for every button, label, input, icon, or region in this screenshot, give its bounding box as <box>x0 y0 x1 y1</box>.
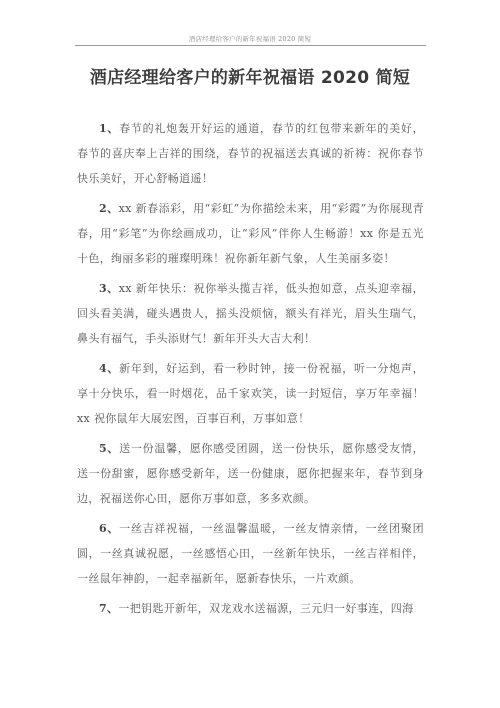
paragraph-3: 3、xx 新年快乐：祝你举头揽吉祥，低头抱如意，点头迎幸福，回头看美满，碰头遇贵… <box>77 276 424 351</box>
paragraph-number: 1、 <box>99 122 119 135</box>
paragraph-number: 7、 <box>99 602 118 615</box>
paragraph-4: 4、新年到，好运到，看一秒时钟，接一份祝福，听一分炮声，享十分快乐，看一时烟花，… <box>77 356 424 431</box>
paragraph-text: 春节的礼炮轰开好运的通道，春节的红包带来新年的美好，春节的喜庆奉上吉祥的围绕，春… <box>77 122 424 185</box>
paragraph-1: 1、春节的礼炮轰开好运的通道，春节的红包带来新年的美好，春节的喜庆奉上吉祥的围绕… <box>77 116 424 191</box>
running-header: 酒店经理给客户的新年祝福语 2020 简短 <box>75 34 425 43</box>
paragraph-text: xx 新年快乐：祝你举头揽吉祥，低头抱如意，点头迎幸福，回头看美满，碰头遇贵人，… <box>77 282 424 345</box>
paragraph-text: 一丝吉祥祝福，一丝温馨温暖，一丝友情亲情，一丝团聚团圆，一丝真诚祝愿，一丝感悟心… <box>77 522 424 585</box>
paragraph-number: 4、 <box>99 362 119 375</box>
document-title: 酒店经理给客户的新年祝福语 2020 简短 <box>60 63 440 88</box>
document-page: 酒店经理给客户的新年祝福语 2020 简短 酒店经理给客户的新年祝福语 2020… <box>0 0 500 708</box>
paragraph-7: 7、一把钥匙开新年，双龙戏水送福源，三元归一好事连，四海 <box>77 596 424 621</box>
paragraph-text: xx 新春添彩，用“彩虹”为你描绘未来，用“彩霞”为你展现青春，用“彩笔”为你绘… <box>77 202 424 265</box>
paragraph-number: 6、 <box>99 522 119 535</box>
header-divider <box>75 45 426 46</box>
paragraph-text: 一把钥匙开新年，双龙戏水送福源，三元归一好事连，四海 <box>118 602 413 615</box>
paragraph-text: 送一份温馨，愿你感受团圆，送一份快乐，愿你感受友情，送一份甜蜜，愿你感受新年，送… <box>77 442 424 505</box>
paragraph-5: 5、送一份温馨，愿你感受团圆，送一份快乐，愿你感受友情，送一份甜蜜，愿你感受新年… <box>77 436 424 511</box>
paragraph-6: 6、一丝吉祥祝福，一丝温馨温暖，一丝友情亲情，一丝团聚团圆，一丝真诚祝愿，一丝感… <box>77 516 424 591</box>
paragraph-number: 3、 <box>99 282 119 295</box>
paragraph-text: 新年到，好运到，看一秒时钟，接一份祝福，听一分炮声，享十分快乐，看一时烟花，品千… <box>77 362 424 425</box>
document-body: 1、春节的礼炮轰开好运的通道，春节的红包带来新年的美好，春节的喜庆奉上吉祥的围绕… <box>77 116 424 626</box>
paragraph-number: 5、 <box>99 442 119 455</box>
paragraph-number: 2、 <box>99 202 119 215</box>
paragraph-2: 2、xx 新春添彩，用“彩虹”为你描绘未来，用“彩霞”为你展现青春，用“彩笔”为… <box>77 196 424 271</box>
